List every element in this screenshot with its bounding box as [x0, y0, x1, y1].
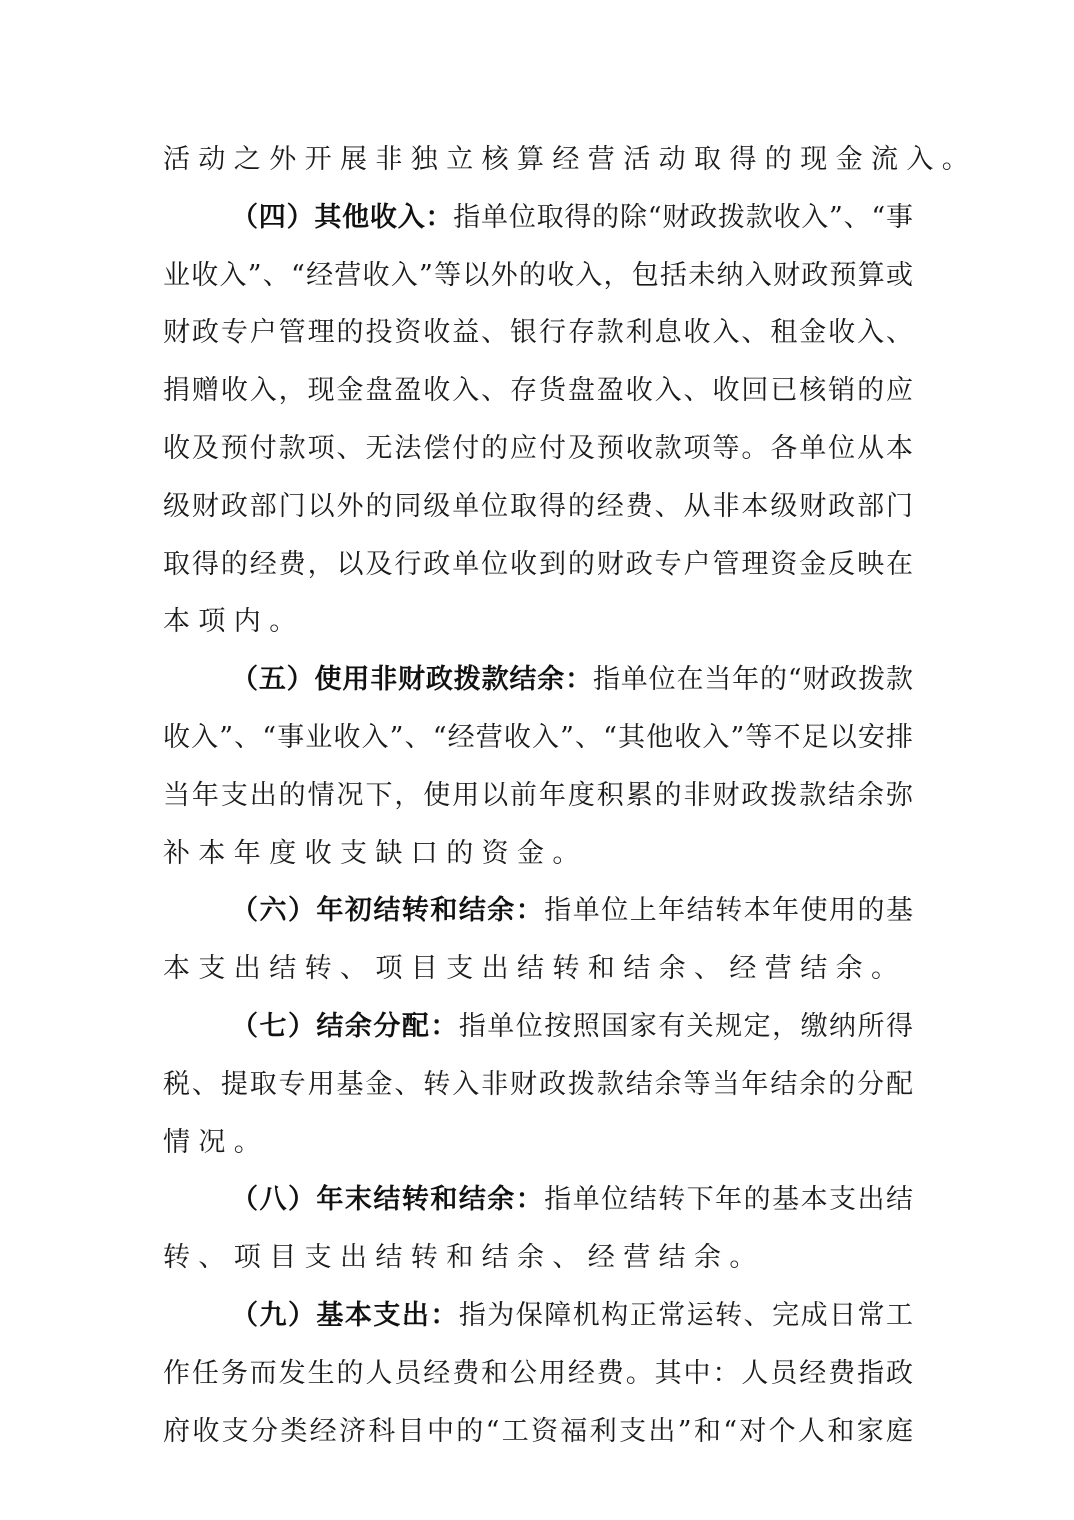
paragraph-text: 指单位在当年的“财政拨款 — [593, 664, 913, 695]
paragraph-text: 本项内。 — [163, 606, 305, 637]
paragraph-7-line-3: 情况。 — [163, 1123, 913, 1181]
paragraph-text: 指单位上年结转本年使用的基 — [544, 895, 913, 926]
paragraph-4-line-1: （四）其他收入：指单位取得的除“财政拨款收入”、“事 — [163, 198, 913, 256]
paragraph-5-line-4: 补本年度收支缺口的资金。 — [163, 834, 913, 892]
paragraph-5-heading: （五）使用非财政拨款结余： — [231, 664, 593, 695]
paragraph-5-line-2: 收入”、“事业收入”、“经营收入”、“其他收入”等不足以安排 — [163, 718, 913, 776]
paragraph-5-line-1: （五）使用非财政拨款结余：指单位在当年的“财政拨款 — [163, 660, 913, 718]
paragraph-4-line-4: 捐赠收入，现金盘盈收入、存货盘盈收入、收回已核销的应 — [163, 371, 913, 429]
paragraph-text: 收及预付款项、无法偿付的应付及预收款项等。各单位从本 — [163, 433, 913, 464]
paragraph-4-line-6: 级财政部门以外的同级单位取得的经费、从非本级财政部门 — [163, 487, 913, 545]
paragraph-continuation-line-1: 活动之外开展非独立核算经营活动取得的现金流入。 — [163, 140, 913, 198]
paragraph-text: 捐赠收入，现金盘盈收入、存货盘盈收入、收回已核销的应 — [163, 375, 913, 406]
document-page: 活动之外开展非独立核算经营活动取得的现金流入。 （四）其他收入：指单位取得的除“… — [0, 0, 1074, 1520]
paragraph-8-heading: （八）年末结转和结余： — [231, 1184, 544, 1215]
paragraph-text: 补本年度收支缺口的资金。 — [163, 838, 588, 869]
paragraph-text: 指单位取得的除“财政拨款收入”、“事 — [453, 202, 913, 233]
paragraph-9-line-2: 作任务而发生的人员经费和公用经费。其中：人员经费指政 — [163, 1354, 913, 1412]
paragraph-4-line-8: 本项内。 — [163, 602, 913, 660]
paragraph-4-heading: （四）其他收入： — [231, 202, 453, 233]
paragraph-text: 本支出结转、项目支出结转和结余、经营结余。 — [163, 953, 906, 984]
paragraph-text: 收入”、“事业收入”、“经营收入”、“其他收入”等不足以安排 — [163, 722, 913, 753]
paragraph-9-line-3: 府收支分类经济科目中的“工资福利支出”和“对个人和家庭 — [163, 1412, 913, 1470]
paragraph-7-heading: （七）结余分配： — [231, 1011, 459, 1042]
paragraph-8-line-1: （八）年末结转和结余：指单位结转下年的基本支出结 — [163, 1180, 913, 1238]
document-body: 活动之外开展非独立核算经营活动取得的现金流入。 （四）其他收入：指单位取得的除“… — [163, 140, 913, 1469]
paragraph-9-heading: （九）基本支出： — [231, 1300, 459, 1331]
paragraph-text: 业收入”、“经营收入”等以外的收入，包括未纳入财政预算或 — [163, 260, 913, 291]
paragraph-6-line-2: 本支出结转、项目支出结转和结余、经营结余。 — [163, 949, 913, 1007]
paragraph-text: 情况。 — [163, 1127, 269, 1158]
paragraph-9-line-1: （九）基本支出：指为保障机构正常运转、完成日常工 — [163, 1296, 913, 1354]
paragraph-4-line-3: 财政专户管理的投资收益、银行存款利息收入、租金收入、 — [163, 313, 913, 371]
paragraph-text: 取得的经费，以及行政单位收到的财政专户管理资金反映在 — [163, 549, 913, 580]
paragraph-text: 当年支出的情况下，使用以前年度积累的非财政拨款结余弥 — [163, 780, 913, 811]
paragraph-6-heading: （六）年初结转和结余： — [231, 895, 544, 926]
paragraph-text: 指单位按照国家有关规定，缴纳所得 — [459, 1011, 913, 1042]
paragraph-4-line-5: 收及预付款项、无法偿付的应付及预收款项等。各单位从本 — [163, 429, 913, 487]
paragraph-8-line-2: 转、项目支出结转和结余、经营结余。 — [163, 1238, 913, 1296]
paragraph-text: 级财政部门以外的同级单位取得的经费、从非本级财政部门 — [163, 491, 913, 522]
paragraph-text: 转、项目支出结转和结余、经营结余。 — [163, 1242, 765, 1273]
paragraph-6-line-1: （六）年初结转和结余：指单位上年结转本年使用的基 — [163, 891, 913, 949]
paragraph-4-line-7: 取得的经费，以及行政单位收到的财政专户管理资金反映在 — [163, 545, 913, 603]
paragraph-text: 财政专户管理的投资收益、银行存款利息收入、租金收入、 — [163, 317, 913, 348]
paragraph-5-line-3: 当年支出的情况下，使用以前年度积累的非财政拨款结余弥 — [163, 776, 913, 834]
paragraph-7-line-1: （七）结余分配：指单位按照国家有关规定，缴纳所得 — [163, 1007, 913, 1065]
paragraph-text: 作任务而发生的人员经费和公用经费。其中：人员经费指政 — [163, 1358, 913, 1389]
paragraph-text: 税、提取专用基金、转入非财政拨款结余等当年结余的分配 — [163, 1069, 913, 1100]
paragraph-text: 府收支分类经济科目中的“工资福利支出”和“对个人和家庭 — [163, 1416, 913, 1447]
paragraph-7-line-2: 税、提取专用基金、转入非财政拨款结余等当年结余的分配 — [163, 1065, 913, 1123]
paragraph-text: 指单位结转下年的基本支出结 — [544, 1184, 913, 1215]
paragraph-4-line-2: 业收入”、“经营收入”等以外的收入，包括未纳入财政预算或 — [163, 256, 913, 314]
paragraph-text: 指为保障机构正常运转、完成日常工 — [459, 1300, 913, 1331]
paragraph-text: 活动之外开展非独立核算经营活动取得的现金流入。 — [163, 144, 977, 175]
